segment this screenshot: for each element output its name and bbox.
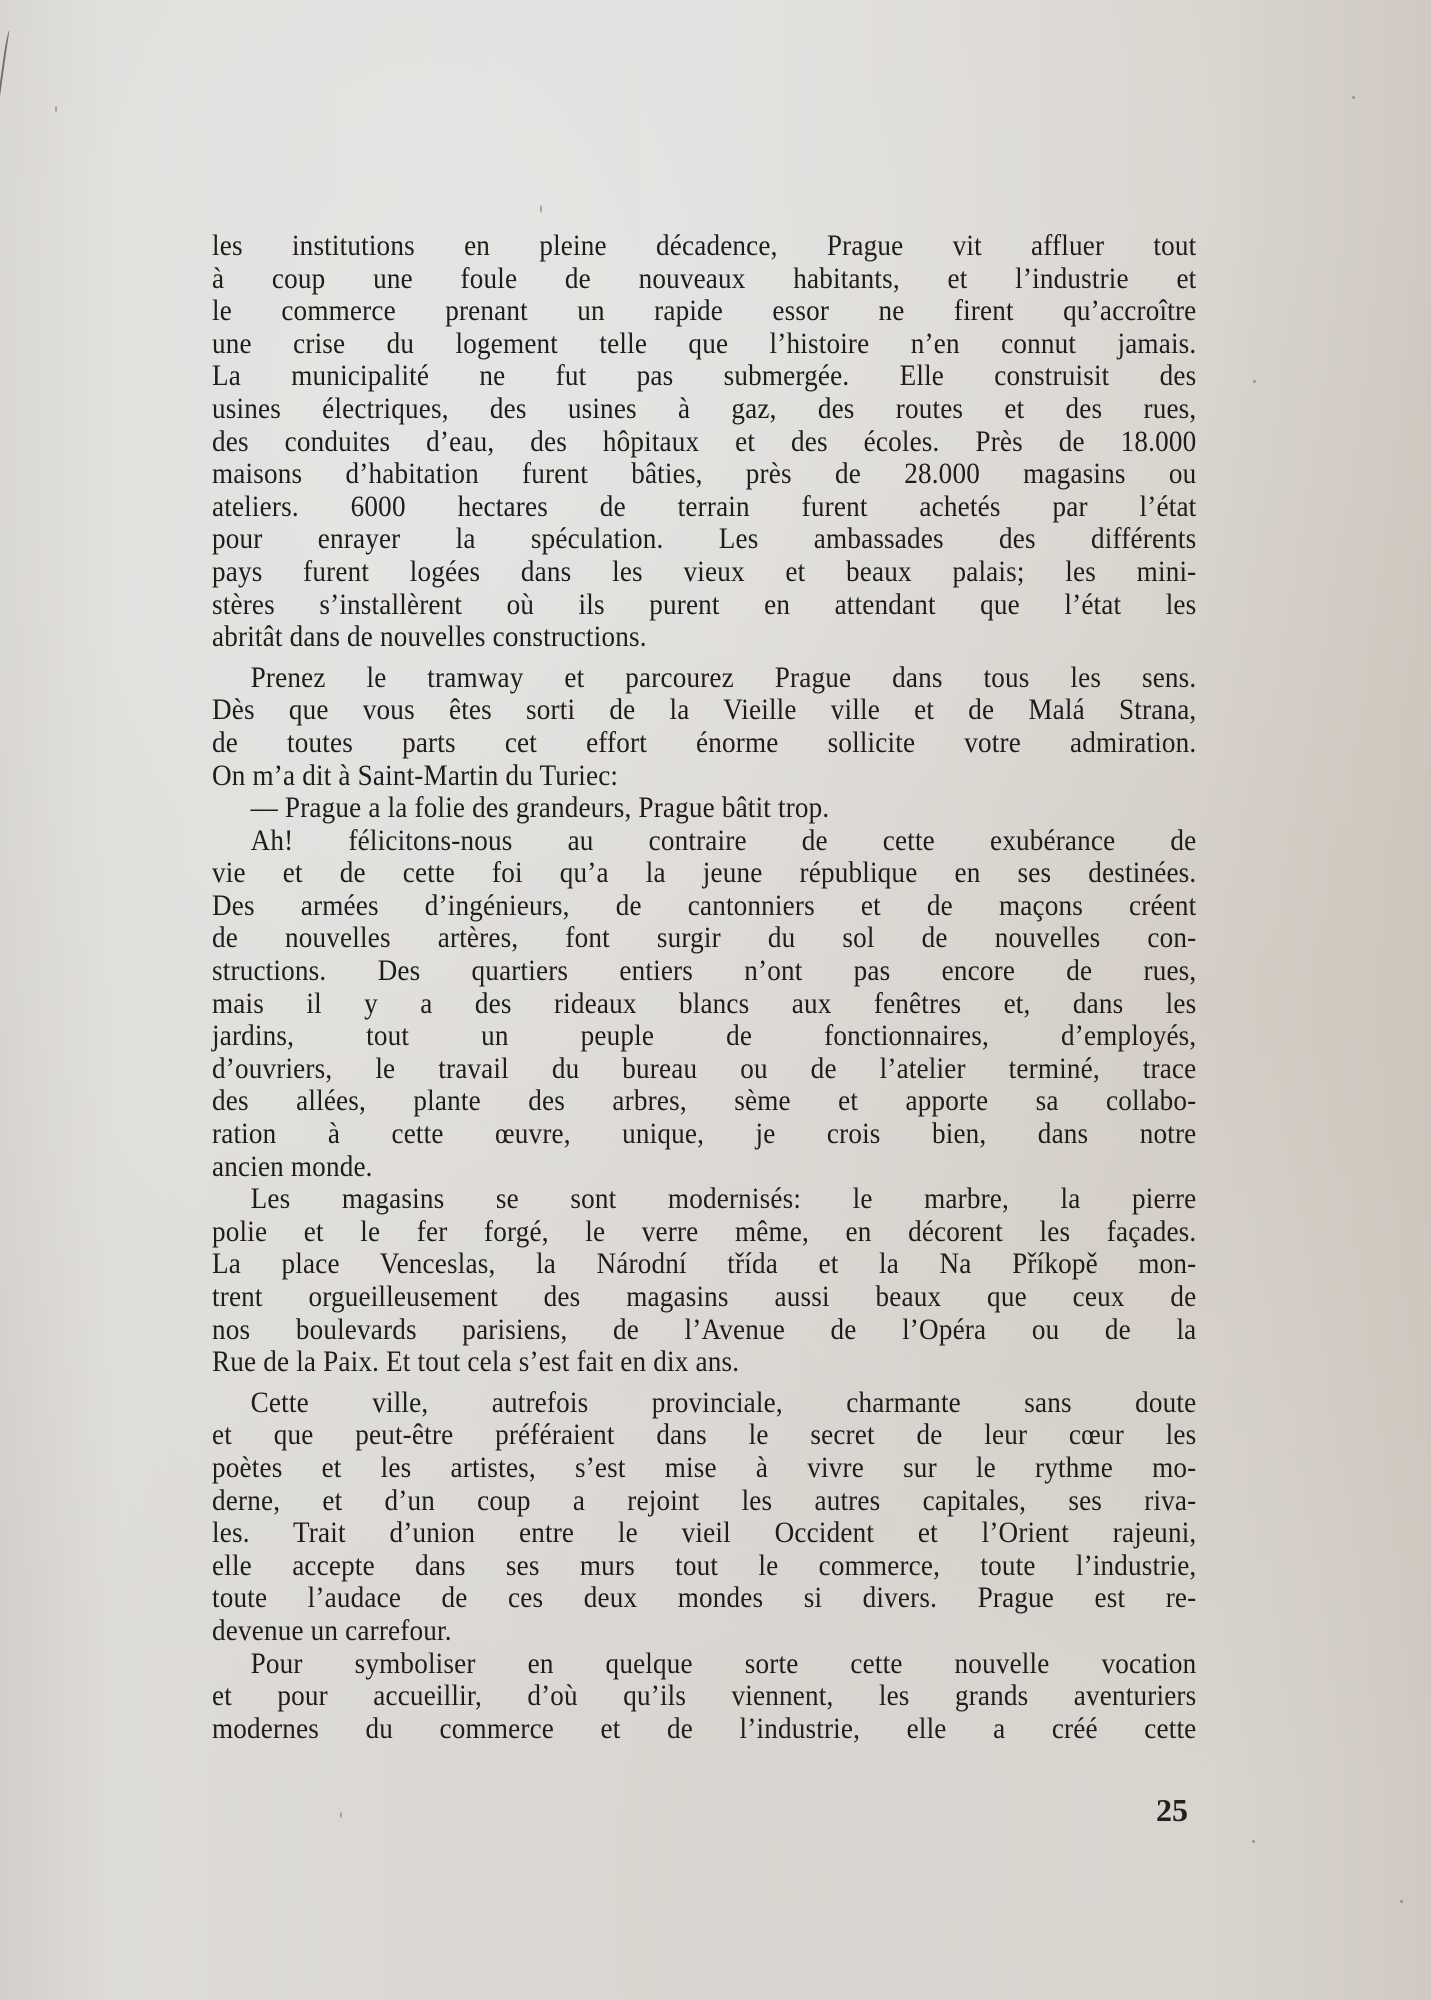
paper-speck [1400,1900,1403,1903]
text-line: le commerce prenant un rapide essor ne f… [212,295,1196,328]
text-line: nos boulevards parisiens, de l’Avenue de… [212,1314,1196,1347]
paper-speck [1352,96,1355,99]
text-line: ateliers. 6000 hectares de terrain furen… [212,491,1196,524]
text-line: La place Venceslas, la Národní třída et … [212,1248,1196,1281]
text-line: maisons d’habitation furent bâties, près… [212,458,1196,491]
text-line: jardins, tout un peuple de fonctionnaire… [212,1020,1196,1053]
paper-speck [1253,380,1256,383]
text-line: Ah! félicitons-nous au contraire de cett… [212,825,1196,858]
text-line: Dès que vous êtes sorti de la Vieille vi… [212,694,1196,727]
text-line: abritât dans de nouvelles constructions. [212,621,1196,654]
text-line: stères s’installèrent où ils purent en a… [212,589,1196,622]
text-line: de toutes parts cet effort énorme sollic… [212,727,1196,760]
text-line: ration à cette œuvre, unique, je crois b… [212,1118,1196,1151]
text-line: pour enrayer la spéculation. Les ambassa… [212,523,1196,556]
text-line: ancien monde. [212,1151,1196,1184]
text-line: devenue un carrefour. [212,1615,1196,1648]
text-line: mais il y a des rideaux blancs aux fenêt… [212,988,1196,1021]
text-line: à coup une foule de nouveaux habitants, … [212,263,1196,296]
text-line: La municipalité ne fut pas submergée. El… [212,360,1196,393]
text-line: des allées, plante des arbres, sème et a… [212,1085,1196,1118]
text-line: On m’a dit à Saint-Martin du Turiec: [212,760,1196,793]
text-line: derne, et d’un coup a rejoint les autres… [212,1485,1196,1518]
paper-speck [540,205,542,213]
text-line: pays furent logées dans les vieux et bea… [212,556,1196,589]
text-line: usines électriques, des usines à gaz, de… [212,393,1196,426]
body-text: les institutions en pleine décadence, Pr… [212,230,1196,1745]
text-line: — Prague a la folie des grandeurs, Pragu… [212,792,1196,825]
text-line: les institutions en pleine décadence, Pr… [212,230,1196,263]
text-line: elle accepte dans ses murs tout le comme… [212,1550,1196,1583]
paragraph-6: Cette ville, autrefois provinciale, char… [212,1387,1196,1648]
text-line: Des armées d’ingénieurs, de cantonniers … [212,890,1196,923]
text-line: trent orgueilleusement des magasins auss… [212,1281,1196,1314]
text-line: poètes et les artistes, s’est mise à viv… [212,1452,1196,1485]
text-line: les. Trait d’union entre le vieil Occide… [212,1517,1196,1550]
paper-speck [55,106,57,112]
paragraph-7: Pour symboliser en quelque sorte cette n… [212,1648,1196,1746]
text-line: et que peut-être préféraient dans le sec… [212,1419,1196,1452]
text-line: Cette ville, autrefois provinciale, char… [212,1387,1196,1420]
text-line: des conduites d’eau, des hôpitaux et des… [212,426,1196,459]
book-page: les institutions en pleine décadence, Pr… [0,0,1431,2000]
paragraph-4: Ah! félicitons-nous au contraire de cett… [212,825,1196,1184]
paragraph-2: Prenez le tramway et parcourez Prague da… [212,662,1196,792]
text-line: d’ouvriers, le travail du bureau ou de l… [212,1053,1196,1086]
text-line: vie et de cette foi qu’a la jeune républ… [212,857,1196,890]
text-line: polie et le fer forgé, le verre même, en… [212,1216,1196,1249]
text-line: Prenez le tramway et parcourez Prague da… [212,662,1196,695]
text-line: structions. Des quartiers entiers n’ont … [212,955,1196,988]
text-line: Les magasins se sont modernisés: le marb… [212,1183,1196,1216]
paragraph-3-dialogue: — Prague a la folie des grandeurs, Pragu… [212,792,1196,825]
paper-speck [1252,1840,1255,1843]
text-line: de nouvelles artères, font surgir du sol… [212,922,1196,955]
text-line: Rue de la Paix. Et tout cela s’est fait … [212,1346,1196,1379]
text-line: modernes du commerce et de l’industrie, … [212,1713,1196,1746]
text-line: Pour symboliser en quelque sorte cette n… [212,1648,1196,1681]
paragraph-1: les institutions en pleine décadence, Pr… [212,230,1196,654]
page-number: 25 [1156,1792,1188,1829]
text-line: une crise du logement telle que l’histoi… [212,328,1196,361]
text-line: et pour accueillir, d’où qu’ils viennent… [212,1680,1196,1713]
paper-speck [340,1812,342,1818]
page-edge-tear [0,30,13,105]
text-line: toute l’audace de ces deux mondes si div… [212,1582,1196,1615]
paragraph-5: Les magasins se sont modernisés: le marb… [212,1183,1196,1379]
